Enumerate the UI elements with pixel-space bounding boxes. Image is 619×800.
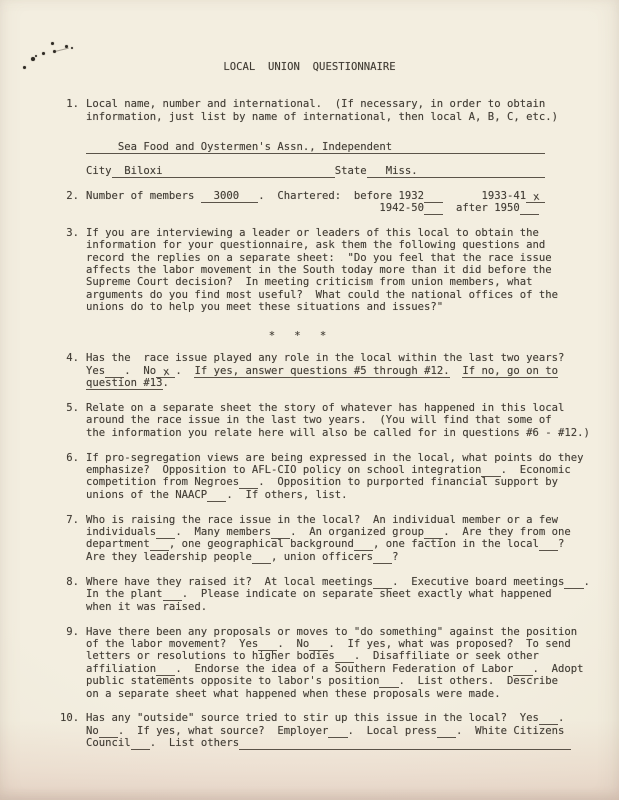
blank-field	[105, 365, 124, 378]
question-body: If you are interviewing a leader or lead…	[86, 227, 619, 314]
text-line: Yes . No x . If yes, answer questions #5…	[86, 365, 619, 377]
text-line: unions of the NAACP . If others, list.	[86, 489, 619, 501]
text-line: Has any "outside" source tried to stir u…	[86, 712, 619, 724]
text-line: public statements opposite to labor's po…	[86, 675, 619, 687]
blank-field	[513, 663, 532, 676]
text-line: letters or resolutions to higher bodies …	[86, 650, 619, 662]
question-body: Has the race issue played any role in th…	[86, 352, 619, 389]
blank-field	[373, 551, 392, 564]
text-line: arguments do you find most useful? What …	[86, 289, 619, 301]
checked-blank: x	[526, 190, 545, 203]
question-body: Has any "outside" source tried to stir u…	[86, 712, 619, 749]
question-10: 10.Has any "outside" source tried to sti…	[60, 712, 619, 749]
blank-field	[424, 202, 443, 215]
text-line: unions do to help you meet these situati…	[86, 301, 619, 313]
text-line: Local name, number and international. (I…	[86, 98, 619, 110]
question-body: Where have they raised it? At local meet…	[86, 576, 619, 613]
blank-field	[271, 526, 290, 539]
blank-field	[207, 489, 226, 502]
question-body: Relate on a separate sheet the story of …	[86, 402, 619, 439]
text-line: Relate on a separate sheet the story of …	[86, 402, 619, 414]
text-line: 1942-50 after 1950	[86, 202, 619, 214]
text-line: of the labor movement? Yes . No . If yes…	[86, 638, 619, 650]
scanned-questionnaire-page: LOCAL UNION QUESTIONNAIRE 1.Local name, …	[0, 0, 619, 800]
question-body: Have there been any proposals or moves t…	[86, 626, 619, 700]
blank-field	[354, 538, 373, 551]
blank-field	[424, 526, 443, 539]
blank-field	[258, 638, 277, 651]
text-line: the information you relate here will als…	[86, 427, 619, 439]
text-line: around the race issue in the last two ye…	[86, 414, 619, 426]
text-line: Sea Food and Oystermen's Assn., Independ…	[86, 141, 619, 153]
question-body: Local name, number and international. (I…	[86, 98, 619, 177]
question-number: 1.	[60, 98, 79, 177]
text-line: No . If yes, what source? Employer . Loc…	[86, 725, 619, 737]
text-line: City Biloxi State Miss.	[86, 165, 619, 177]
blank-field	[564, 576, 583, 589]
blank-field	[520, 202, 539, 215]
blank-field	[379, 675, 398, 688]
blank-field	[131, 737, 150, 750]
text-line: information, just list by name of intern…	[86, 111, 619, 123]
text-line: on a separate sheet what happened when t…	[86, 688, 619, 700]
x-mark: x	[162, 365, 170, 378]
section-separator: * * *	[0, 330, 619, 342]
question-3: 3.If you are interviewing a leader or le…	[60, 227, 619, 314]
text-line: If you are interviewing a leader or lead…	[86, 227, 619, 239]
question-4: 4.Has the race issue played any role in …	[60, 352, 619, 389]
question-2: 2.Number of members 3000 . Chartered: be…	[60, 190, 619, 215]
text-line: department , one geographical background…	[86, 538, 619, 550]
question-number: 9.	[60, 626, 79, 700]
question-9: 9.Have there been any proposals or moves…	[60, 626, 619, 700]
underlined-text: If no, go on to	[462, 365, 558, 378]
question-number: 8.	[60, 576, 79, 613]
checked-blank: x	[156, 365, 175, 378]
blank-field	[163, 588, 182, 601]
text-line: Are they leadership people , union offic…	[86, 551, 619, 563]
question-5: 5.Relate on a separate sheet the story o…	[60, 402, 619, 439]
text-line: record the replies on a separate sheet: …	[86, 252, 619, 264]
blank-field	[437, 725, 456, 738]
blank-field	[539, 712, 558, 725]
text-line: Have there been any proposals or moves t…	[86, 626, 619, 638]
text-line: In the plant . Please indicate on separa…	[86, 588, 619, 600]
text-line: Council . List others	[86, 737, 619, 749]
text-line: Has the race issue played any role in th…	[86, 352, 619, 364]
question-number: 5.	[60, 402, 79, 439]
text-line: affiliation . Endorse the idea of a Sout…	[86, 663, 619, 675]
questions: 1.Local name, number and international. …	[60, 98, 619, 749]
blank-field	[156, 663, 175, 676]
underlined-text: question #13	[86, 377, 163, 390]
text-line: affects the labor movement in the South …	[86, 264, 619, 276]
blank-field	[99, 725, 118, 738]
page-title: LOCAL UNION QUESTIONNAIRE	[0, 0, 619, 73]
blank-field	[239, 737, 571, 750]
ink-speckle	[71, 47, 73, 49]
blank-field	[481, 464, 500, 477]
question-body: If pro-segregation views are being expre…	[86, 452, 619, 502]
question-6: 6.If pro-segregation views are being exp…	[60, 452, 619, 502]
question-number: 4.	[60, 352, 79, 389]
question-number: 10.	[60, 712, 79, 749]
question-7: 7.Who is raising the race issue in the l…	[60, 514, 619, 564]
blank-field	[424, 190, 443, 203]
question-number: 6.	[60, 452, 79, 502]
text-line: If pro-segregation views are being expre…	[86, 452, 619, 464]
ink-speckle	[51, 42, 54, 45]
text-line: individuals . Many members . An organize…	[86, 526, 619, 538]
blank-field	[156, 526, 175, 539]
question-8: 8.Where have they raised it? At local me…	[60, 576, 619, 613]
blank-field	[239, 476, 258, 489]
blank-field	[150, 538, 169, 551]
blank-field	[309, 638, 328, 651]
text-line: Supreme Court decision? In meeting criti…	[86, 276, 619, 288]
text-line: when it was raised.	[86, 601, 619, 613]
blank-field	[328, 725, 347, 738]
blank-field	[252, 551, 271, 564]
x-mark: x	[532, 190, 540, 203]
text-line: Where have they raised it? At local meet…	[86, 576, 619, 588]
text-line: Number of members 3000 . Chartered: befo…	[86, 190, 619, 202]
text-line: emphasize? Opposition to AFL-CIO policy …	[86, 464, 619, 476]
blank-field	[335, 650, 354, 663]
ink-speckle	[23, 66, 26, 69]
question-1: 1.Local name, number and international. …	[60, 98, 619, 177]
question-body: Number of members 3000 . Chartered: befo…	[86, 190, 619, 215]
underlined-text: If yes, answer questions #5 through #12.	[194, 365, 449, 378]
filled-field: Miss.	[367, 165, 546, 178]
question-number: 3.	[60, 227, 79, 314]
blank-field	[539, 538, 558, 551]
filled-field: 3000	[201, 190, 258, 203]
ink-speckle	[31, 57, 35, 61]
filled-field: Sea Food and Oystermen's Assn., Independ…	[86, 141, 545, 154]
ink-speckle	[42, 52, 45, 55]
question-body: Who is raising the race issue in the loc…	[86, 514, 619, 564]
question-number: 7.	[60, 514, 79, 564]
blank-field	[373, 576, 392, 589]
filled-field: Biloxi	[112, 165, 335, 178]
question-number: 2.	[60, 190, 79, 215]
text-line: question #13.	[86, 377, 619, 389]
text-line: competition from Negroes . Opposition to…	[86, 476, 619, 488]
text-line: Who is raising the race issue in the loc…	[86, 514, 619, 526]
ink-speckle	[35, 55, 37, 57]
text-line: information for your questionnaire, ask …	[86, 239, 619, 251]
